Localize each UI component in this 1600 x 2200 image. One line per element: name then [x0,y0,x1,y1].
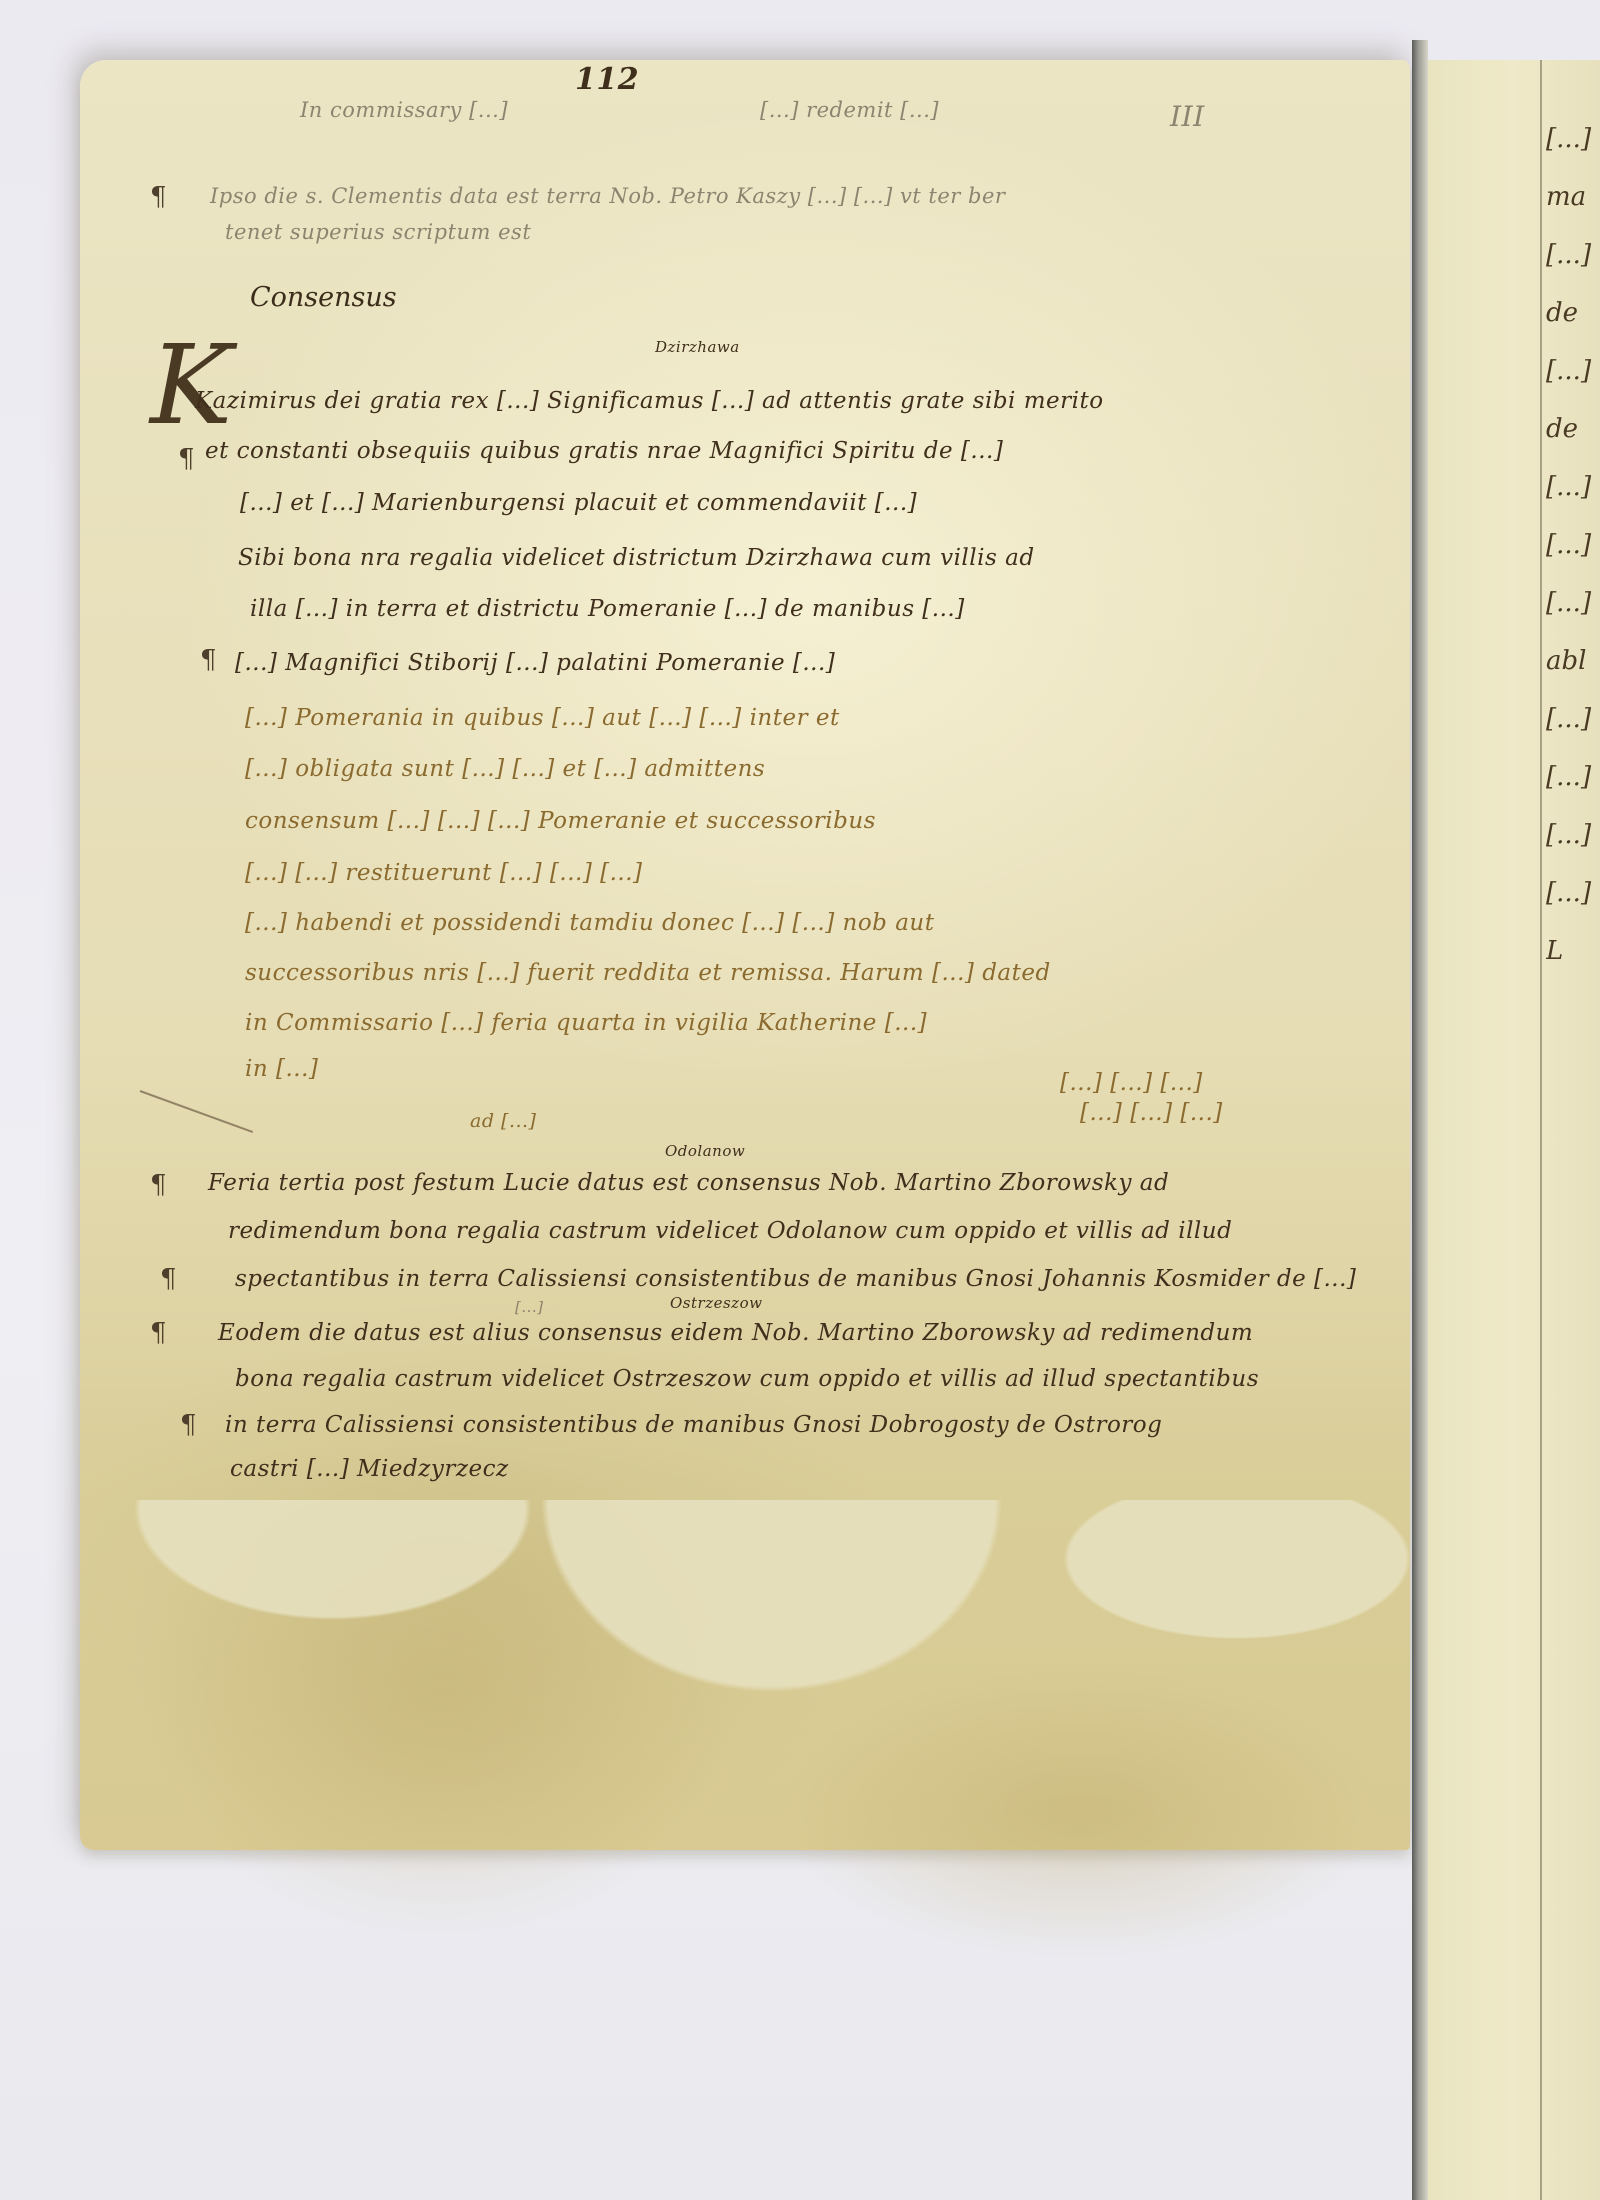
paragraph-mark: ¶ [150,182,167,212]
paragraph-mark: ¶ [200,645,217,675]
entry-2-line-11: [...] habendi et possidendi tamdiu donec… [245,910,935,936]
book-gutter [1412,40,1428,2200]
top-margin-roman-mark: III [1170,100,1205,133]
manuscript-page-right: [...] ma [...] de [...] de [...] [...] [… [1428,60,1600,2200]
entry-4-interlinear-note: Ostrzeszow [670,1294,762,1312]
entry-2-line-3: [...] et [...] Marienburgensi placuit et… [240,490,917,516]
decorated-initial-K: K [150,330,232,440]
entry-3-line-2: redimendum bona regalia castrum videlice… [228,1218,1232,1244]
entry-2-line-1: Kazimirus dei gratia rex [...] Significa… [195,388,1104,414]
entry-2-line-2: et constanti obsequiis quibus gratis nra… [205,438,1003,464]
paragraph-mark: ¶ [150,1170,167,1200]
right-page-text-fragments: [...] ma [...] de [...] de [...] [...] [… [1546,110,1600,980]
entry-3-line-1: Feria tertia post festum Lucie datus est… [208,1170,1169,1196]
entry-3-interlinear-note: Odolanow [665,1142,745,1160]
entry-2-line-14: in [...] [245,1056,318,1082]
entry-1-line-1: Ipso die s. Clementis data est terra Nob… [210,184,1005,208]
entry-2-interlinear-note: Dzirzhawa [655,338,740,356]
paragraph-mark: ¶ [160,1264,177,1294]
entry-2-line-13: in Commissario [...] feria quarta in vig… [245,1010,927,1036]
paragraph-mark: ¶ [180,1410,197,1440]
entry-4-line-4: castri [...] Miedzyrzecz [230,1456,509,1482]
folio-number: 112 [575,62,639,97]
page-fold [1540,60,1542,2200]
entry-4-line-1: Eodem die datus est alius consensus eide… [218,1320,1253,1346]
entry-2-heading: Consensus [250,282,397,313]
entry-2-line-7: [...] Pomerania in quibus [...] aut [...… [245,705,840,731]
entry-4-line-2: bona regalia castrum videlicet Ostrzeszo… [235,1366,1259,1392]
entry-4-margin-note: [...] [515,1298,544,1316]
manuscript-page-left [80,60,1410,1850]
top-margin-note-left: In commissary [...] [300,98,508,122]
entry-3-margin-note: ad [...] [470,1110,536,1132]
entry-2-line-8: [...] obligata sunt [...] [...] et [...]… [245,756,765,782]
entry-4-line-3: in terra Calissiensi consistentibus de m… [225,1412,1162,1438]
entry-2-line-5: illa [...] in terra et districtu Pomeran… [250,596,965,622]
entry-2-line-6: [...] Magnifici Stiborij [...] palatini … [235,650,835,676]
entry-2-signature-1: [...] [...] [...] [1060,1070,1203,1096]
entry-2-line-4: Sibi bona nra regalia videlicet district… [238,545,1035,571]
paragraph-mark: ¶ [150,1318,167,1348]
paragraph-mark: ¶ [178,444,195,474]
entry-1-line-2: tenet superius scriptum est [225,220,531,244]
entry-2-line-10: [...] [...] restituerunt [...] [...] [..… [245,860,643,886]
entry-2-line-9: consensum [...] [...] [...] Pomeranie et… [245,808,876,834]
entry-2-signature-2: [...] [...] [...] [1080,1100,1223,1126]
entry-3-line-3: spectantibus in terra Calissiensi consis… [235,1266,1356,1292]
water-damage-edge [80,1500,1410,1920]
entry-2-line-12: successoribus nris [...] fuerit reddita … [245,960,1051,986]
top-margin-note-center: [...] redemit [...] [760,98,939,122]
